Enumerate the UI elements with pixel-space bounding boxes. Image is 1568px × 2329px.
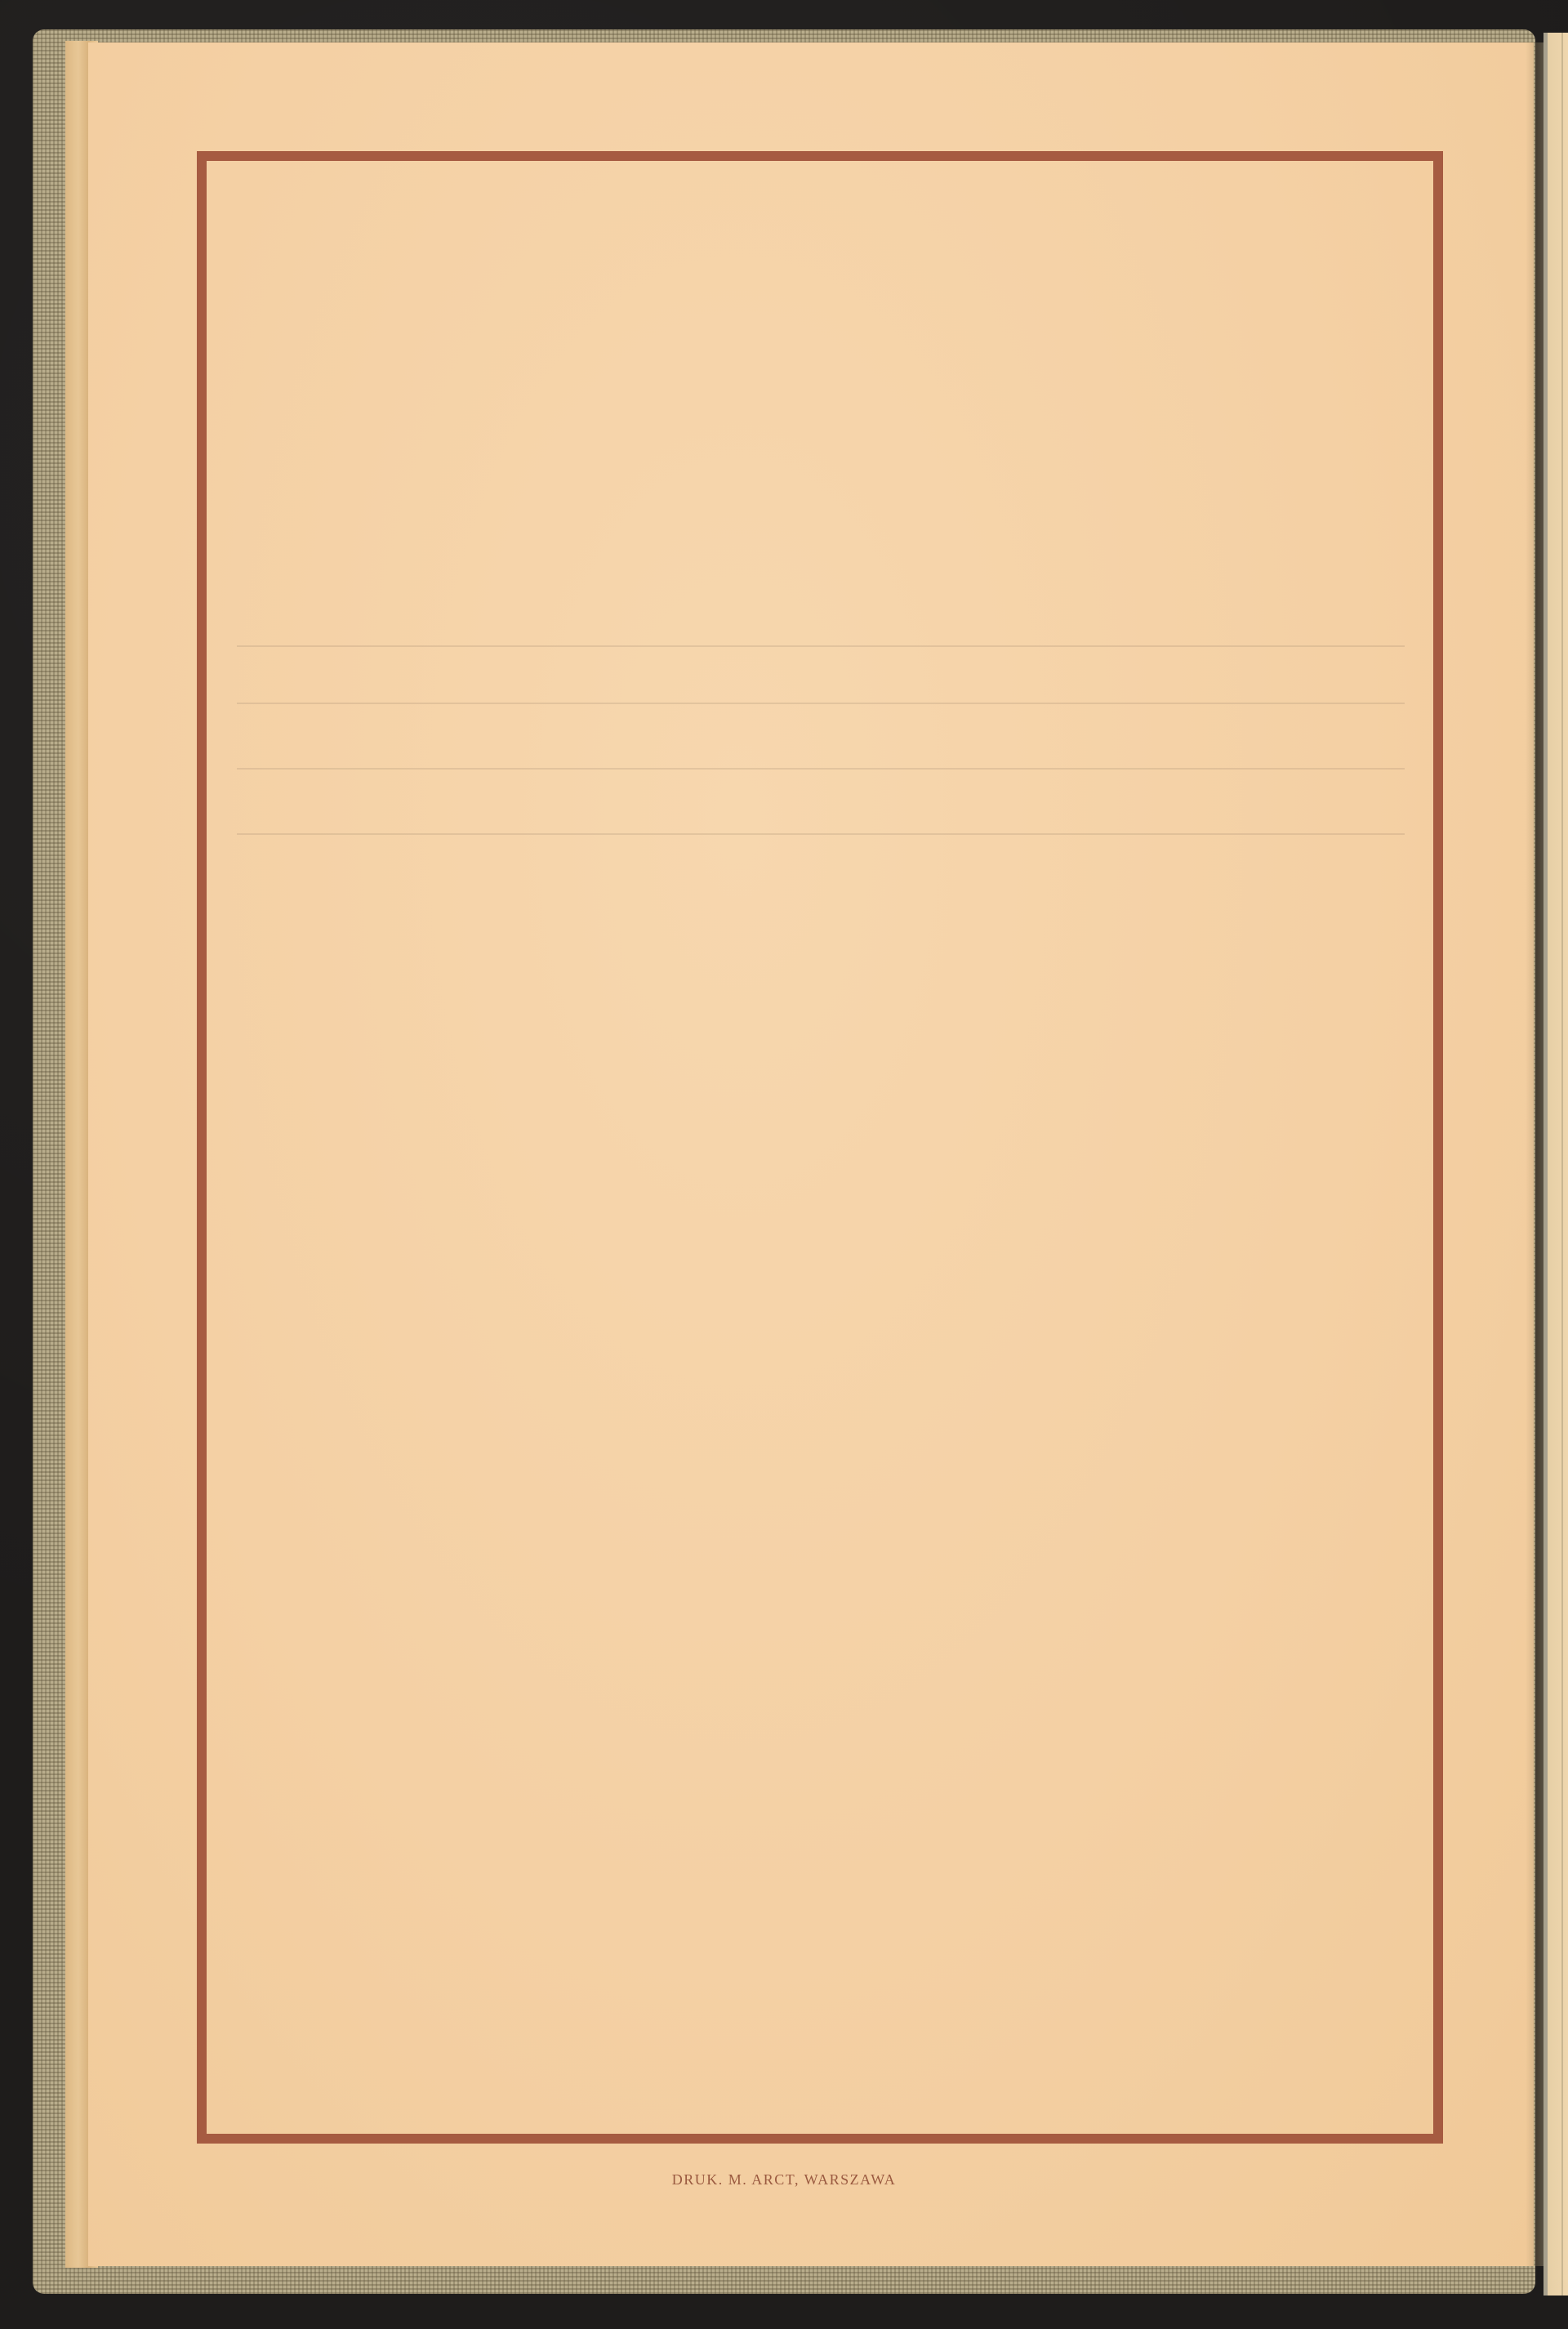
printer-imprint: DRUK. M. ARCT, WARSZAWA <box>0 2171 1568 2188</box>
bleed-rule <box>237 768 1405 770</box>
bleed-rule <box>237 703 1405 704</box>
bleed-rule <box>237 833 1405 835</box>
next-page-line <box>1561 33 1563 2296</box>
show-through-ornament <box>237 196 1405 931</box>
gutter-line <box>1543 33 1548 2296</box>
bleed-rule <box>237 645 1405 647</box>
gutter-shadow <box>1526 42 1545 2266</box>
next-page-edge <box>1548 33 1568 2296</box>
